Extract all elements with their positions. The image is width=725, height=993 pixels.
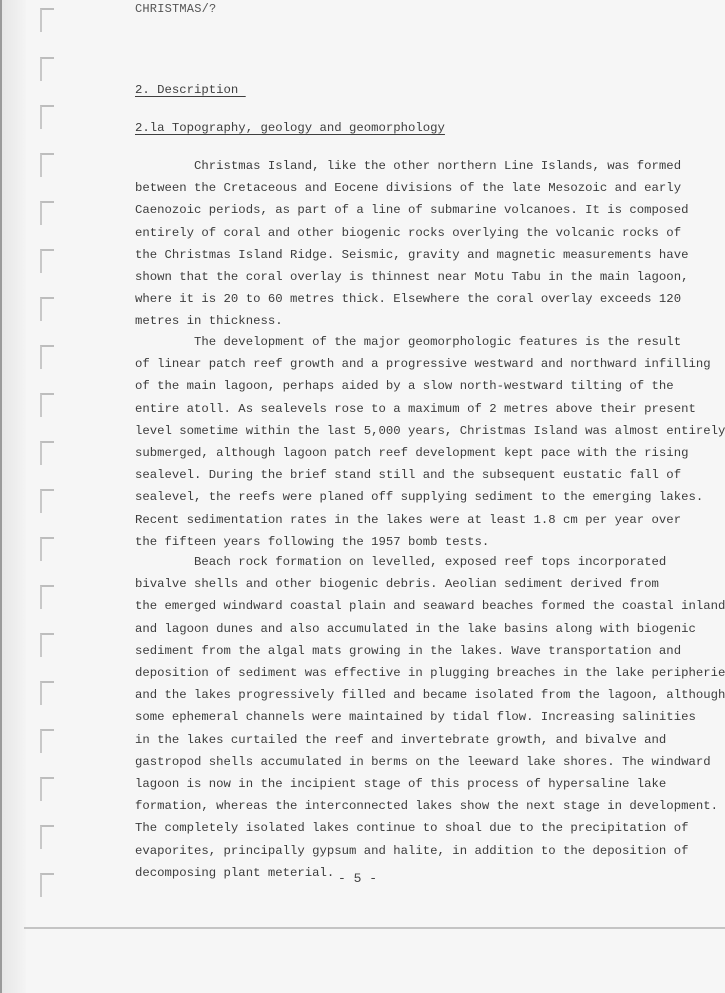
subsection-heading: 2.la Topography, geology and geomorpholo… bbox=[135, 121, 445, 135]
binder-hole-mark bbox=[40, 105, 54, 129]
text-line: Recent sedimentation rates in the lakes … bbox=[135, 509, 675, 531]
text-line: deposition of sediment was effective in … bbox=[135, 662, 675, 684]
text-line: some ephemeral channels were maintained … bbox=[135, 706, 675, 728]
binder-hole-mark bbox=[40, 201, 54, 225]
page-bottom-rule bbox=[24, 927, 725, 929]
binder-hole-mark bbox=[40, 537, 54, 561]
binder-hole-mark bbox=[40, 345, 54, 369]
page-number: - 5 - bbox=[338, 871, 377, 886]
paragraph-development: The development of the major geomorpholo… bbox=[135, 331, 675, 553]
text-line: Caenozoic periods, as part of a line of … bbox=[135, 199, 675, 221]
text-line: of the main lagoon, perhaps aided by a s… bbox=[135, 375, 675, 397]
text-line: and lagoon dunes and also accumulated in… bbox=[135, 618, 675, 640]
paragraph-beach-rock: Beach rock formation on levelled, expose… bbox=[135, 551, 675, 884]
binder-hole-mark bbox=[40, 585, 54, 609]
text-line: The completely isolated lakes continue t… bbox=[135, 817, 675, 839]
text-line: The development of the major geomorpholo… bbox=[135, 331, 675, 353]
text-line: bivalve shells and other biogenic debris… bbox=[135, 573, 675, 595]
text-line: and the lakes progressively filled and b… bbox=[135, 684, 675, 706]
text-line: Beach rock formation on levelled, expose… bbox=[135, 551, 675, 573]
binder-hole-mark bbox=[40, 873, 54, 897]
binder-hole-mark bbox=[40, 729, 54, 753]
paragraph-formation: Christmas Island, like the other norther… bbox=[135, 155, 675, 333]
binder-hole-mark bbox=[40, 825, 54, 849]
text-line: metres in thickness. bbox=[135, 310, 675, 332]
text-line: in the lakes curtailed the reef and inve… bbox=[135, 729, 675, 751]
text-line: sealevel. During the brief stand still a… bbox=[135, 464, 675, 486]
binder-hole-mark bbox=[40, 297, 54, 321]
binder-hole-mark bbox=[40, 393, 54, 417]
text-line: between the Cretaceous and Eocene divisi… bbox=[135, 177, 675, 199]
text-line: Christmas Island, like the other norther… bbox=[135, 155, 675, 177]
text-line: where it is 20 to 60 metres thick. Elsew… bbox=[135, 288, 675, 310]
text-line: sediment from the algal mats growing in … bbox=[135, 640, 675, 662]
page-edge-shadow bbox=[2, 0, 26, 993]
text-line: lagoon is now in the incipient stage of … bbox=[135, 773, 675, 795]
binder-hole-mark bbox=[40, 8, 54, 32]
text-line: decomposing plant meterial. bbox=[135, 862, 675, 884]
text-line: submerged, although lagoon patch reef de… bbox=[135, 442, 675, 464]
text-line: entirely of coral and other biogenic roc… bbox=[135, 222, 675, 244]
document-reference: CHRISTMAS/? bbox=[135, 2, 216, 16]
text-line: sealevel, the reefs were planed off supp… bbox=[135, 486, 675, 508]
text-line: evaporites, principally gypsum and halit… bbox=[135, 840, 675, 862]
text-line: gastropod shells accumulated in berms on… bbox=[135, 751, 675, 773]
text-line: the Christmas Island Ridge. Seismic, gra… bbox=[135, 244, 675, 266]
binder-hole-mark bbox=[40, 633, 54, 657]
text-line: of linear patch reef growth and a progre… bbox=[135, 353, 675, 375]
binder-hole-mark bbox=[40, 777, 54, 801]
binder-hole-mark bbox=[40, 249, 54, 273]
text-line: entire atoll. As sealevels rose to a max… bbox=[135, 398, 675, 420]
binder-hole-mark bbox=[40, 153, 54, 177]
text-line: the fifteen years following the 1957 bom… bbox=[135, 531, 675, 553]
binder-hole-mark bbox=[40, 681, 54, 705]
section-heading: 2. Description bbox=[135, 83, 246, 97]
binder-hole-mark bbox=[40, 57, 54, 81]
document-page: CHRISTMAS/? 2. Description 2.la Topograp… bbox=[0, 0, 725, 993]
text-line: level sometime within the last 5,000 yea… bbox=[135, 420, 675, 442]
binder-hole-mark bbox=[40, 441, 54, 465]
text-line: the emerged windward coastal plain and s… bbox=[135, 595, 675, 617]
text-line: formation, whereas the interconnected la… bbox=[135, 795, 675, 817]
text-line: shown that the coral overlay is thinnest… bbox=[135, 266, 675, 288]
binder-hole-mark bbox=[40, 489, 54, 513]
